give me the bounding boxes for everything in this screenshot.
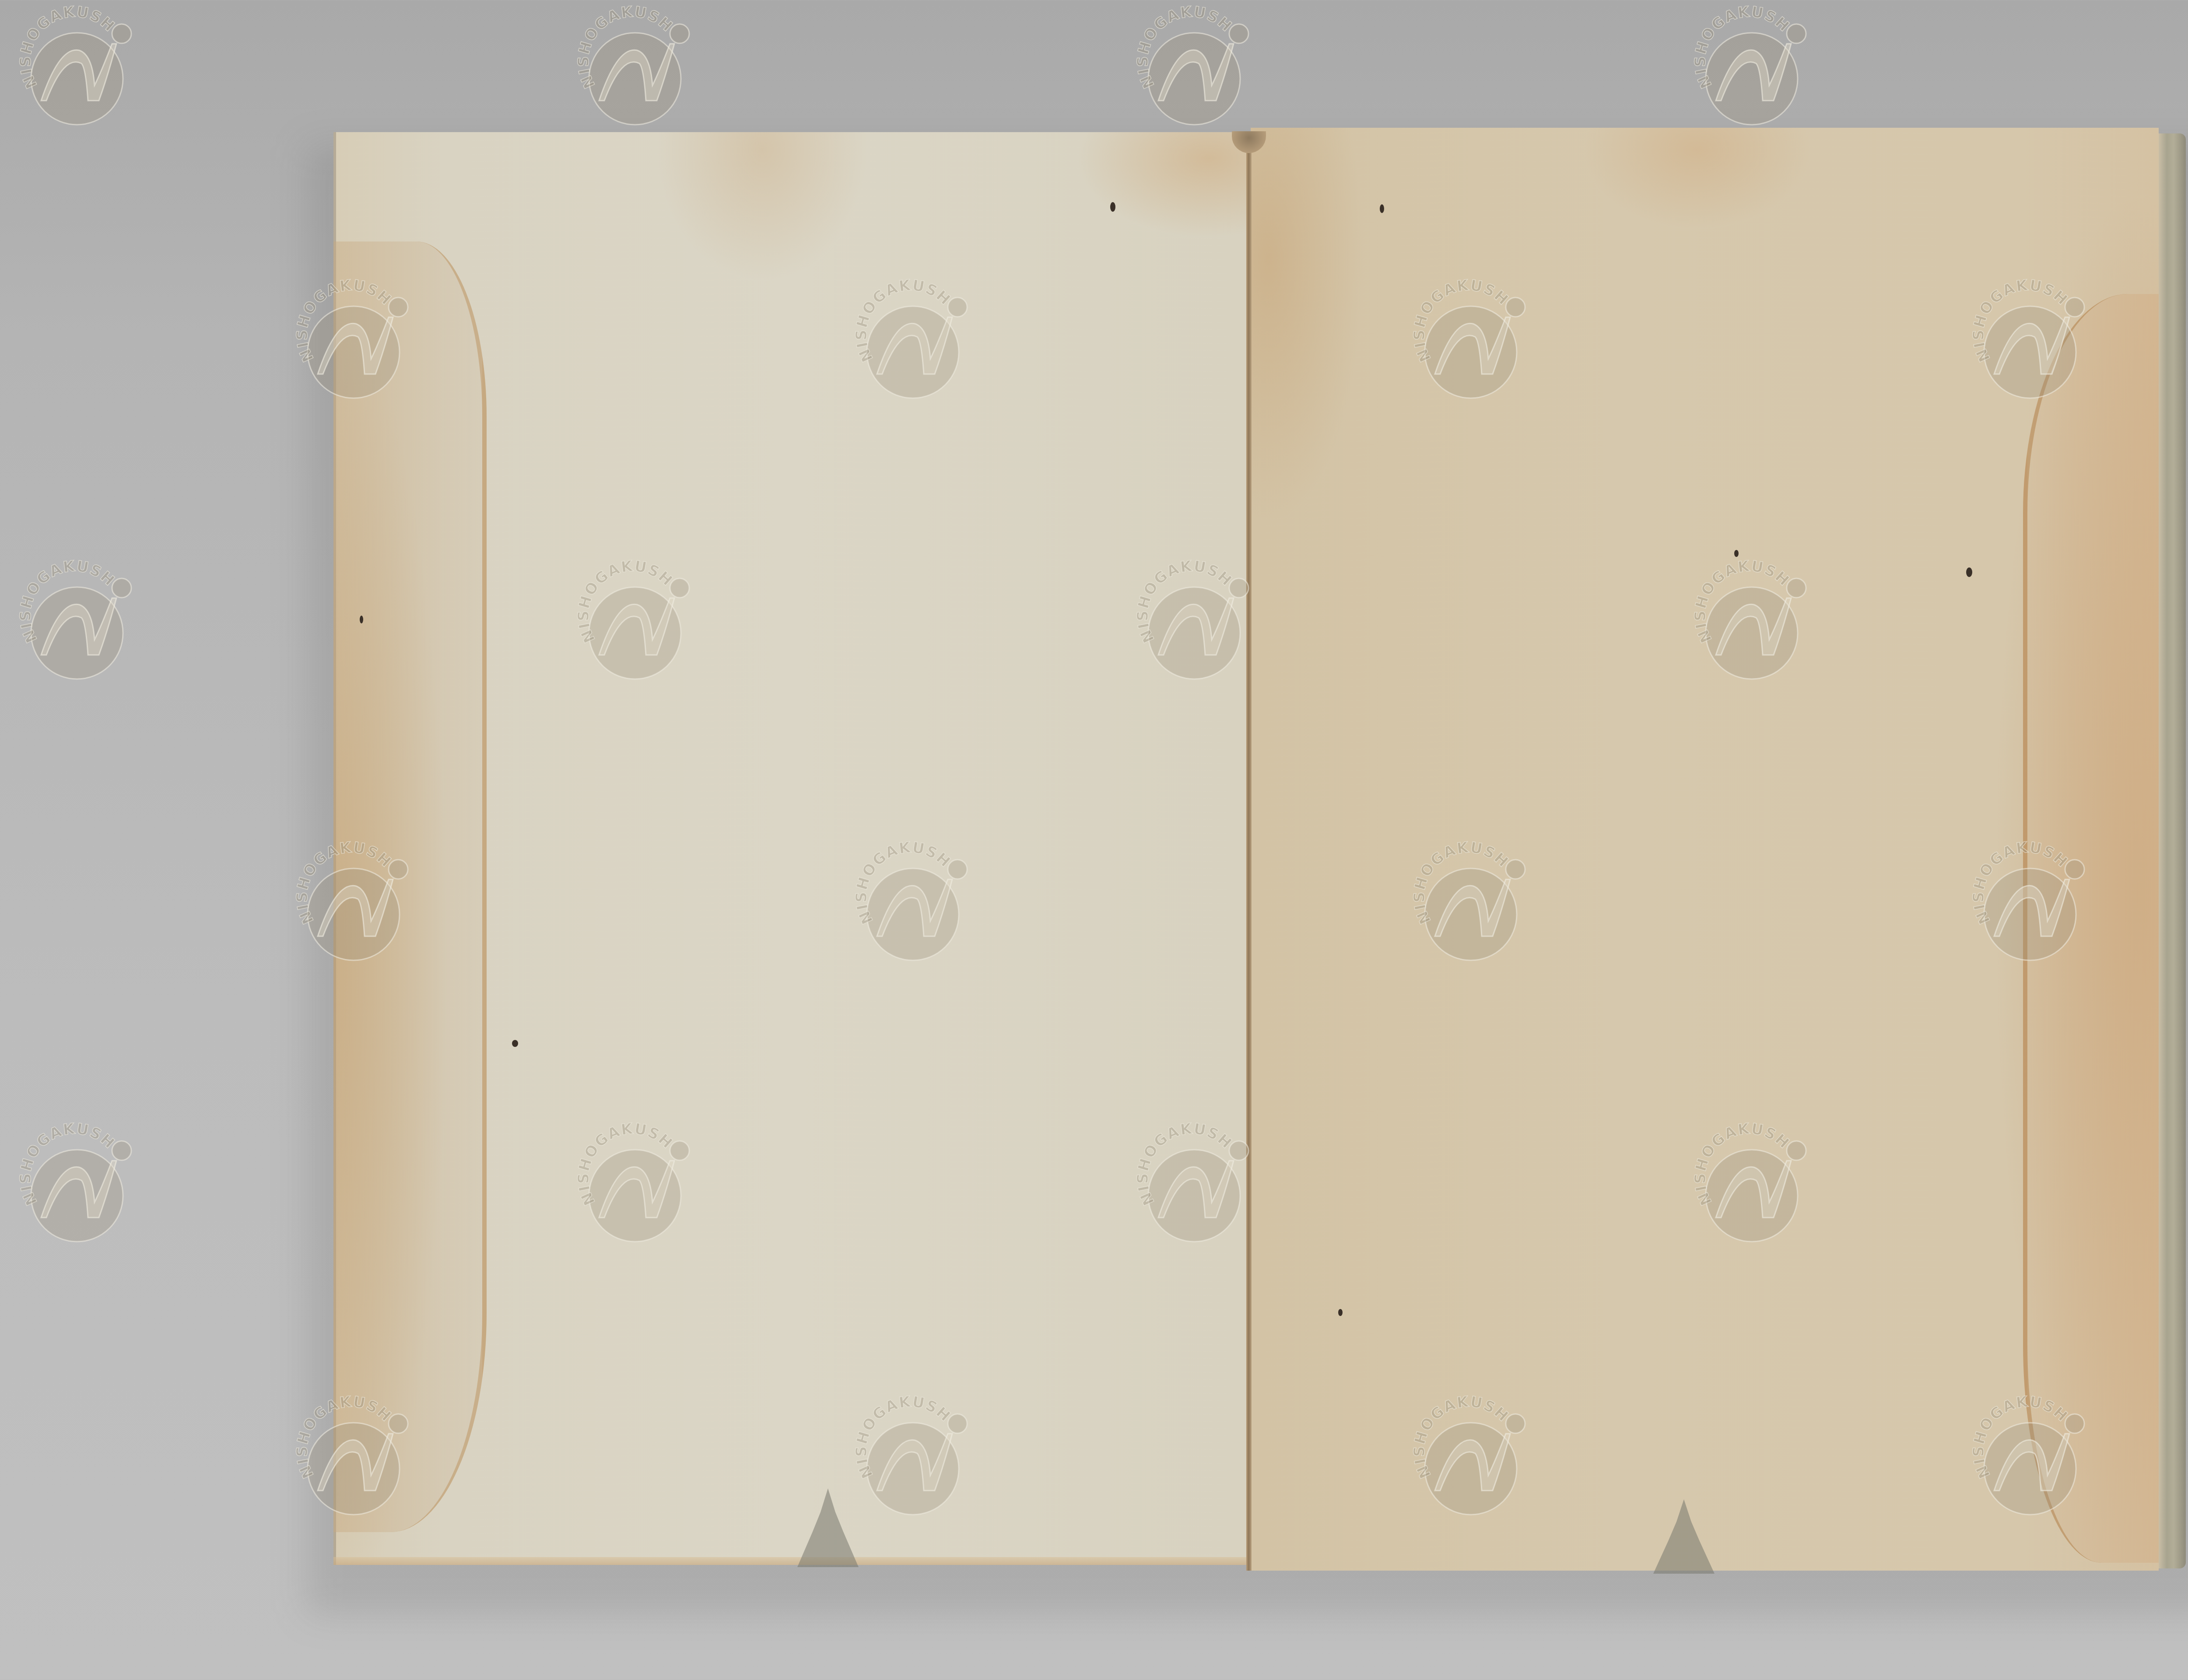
wormhole [360,616,363,623]
wormhole [1734,550,1739,557]
grey-stain [1653,1499,1715,1574]
wormhole [1966,567,1972,577]
wormhole [512,1040,518,1047]
water-stain-right [2023,294,2159,1563]
wormhole [1110,202,1115,212]
wormhole [1380,204,1384,213]
left-page-bottom-edge [333,1557,1248,1565]
page-block-edge [2159,133,2186,1568]
open-book: ▯▯▯▯▯▯▯▯▯▯▯▯▯▯▯▯▯▯▯▯▯▯▯▯▯▯▯▯▯▯▯▯▯▯▯▯▯▯▯▯… [0,0,2188,1680]
water-stain-left [333,241,487,1532]
right-page: ▯▯▯▯▯▯▯▯▯▯▯▯▯▯▯▯▯▯▯▯▯▯▯▯▯▯▯▯▯▯▯▯▯▯▯▯▯▯▯▯… [1251,128,2159,1571]
spine-binding [1246,131,1252,1571]
left-page [333,132,1248,1565]
wormhole [1338,1309,1343,1316]
grey-stain [797,1488,859,1567]
